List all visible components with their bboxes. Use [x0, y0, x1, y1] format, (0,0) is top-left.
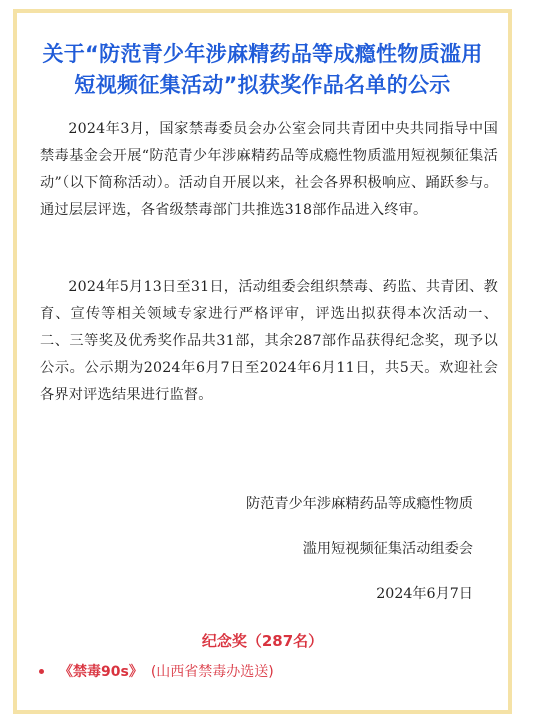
notice-frame: 关于“防范青少年涉麻精药品等成瘾性物质滥用 短视频征集活动”拟获奖作品名单的公示… — [13, 9, 512, 714]
body-paragraph-1: 2024年3月，国家禁毒委员会办公室会同共青团中央共同指导中国禁毒基金会开展“防… — [40, 116, 498, 224]
signature-org-line-1: 防范青少年涉麻精药品等成瘾性物质 — [246, 493, 473, 513]
award-category-heading: 纪念奖（287名） — [17, 630, 508, 651]
bullet-dot-icon — [39, 669, 44, 674]
title-line-2: 短视频征集活动”拟获奖作品名单的公示 — [17, 70, 508, 101]
award-list: 《禁毒90s》 (山西省禁毒办选送) — [39, 661, 274, 681]
work-title: 《禁毒90s》 — [59, 661, 143, 681]
signature-org-line-2: 滥用短视频征集活动组委会 — [303, 538, 473, 558]
list-item: 《禁毒90s》 (山西省禁毒办选送) — [39, 661, 274, 681]
work-source: (山西省禁毒办选送) — [151, 661, 274, 681]
body-paragraph-2: 2024年5月13日至31日，活动组委会组织禁毒、药监、共青团、教育、宣传等相关… — [40, 274, 498, 409]
signature-date: 2024年6月7日 — [376, 583, 473, 603]
title-line-1: 关于“防范青少年涉麻精药品等成瘾性物质滥用 — [17, 39, 508, 70]
page-title: 关于“防范青少年涉麻精药品等成瘾性物质滥用 短视频征集活动”拟获奖作品名单的公示 — [17, 39, 508, 101]
